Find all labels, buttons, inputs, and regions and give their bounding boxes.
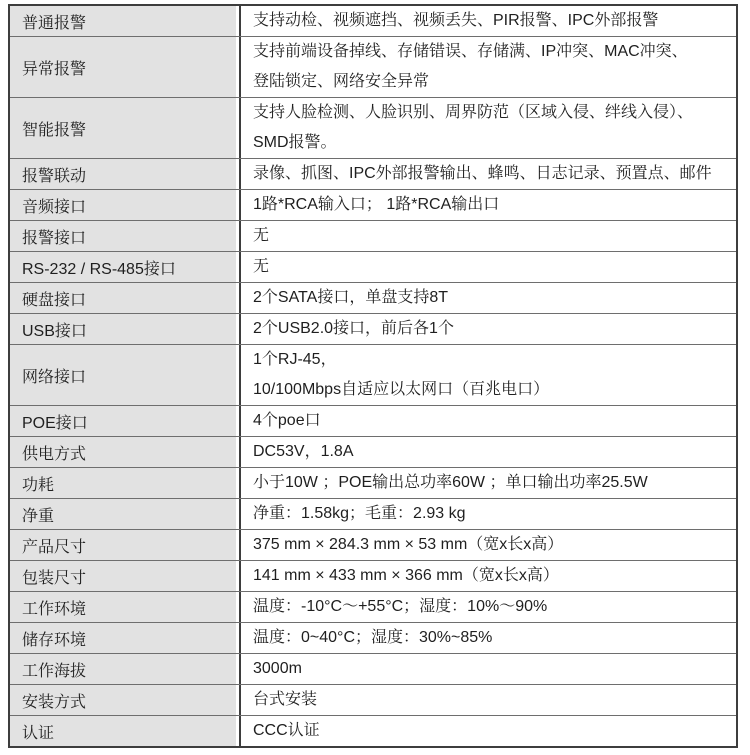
table-row: 异常报警 支持前端设备掉线、存储错误、存储满、IP冲突、MAC冲突、登陆锁定、网… <box>10 36 736 97</box>
spec-value: 支持动检、视频遮挡、视频丢失、PIR报警、IPC外部报警 <box>239 6 736 36</box>
spec-page: 普通报警 支持动检、视频遮挡、视频丢失、PIR报警、IPC外部报警 异常报警 支… <box>0 0 750 755</box>
spec-value-line: 1路*RCA输入口； 1路*RCA输出口 <box>253 190 730 220</box>
spec-value-line: 2个SATA接口，单盘支持8T <box>253 283 730 313</box>
spec-label: 工作海拔 <box>10 654 239 684</box>
table-row: 智能报警 支持人脸检测、人脸识别、周界防范（区域入侵、绊线入侵）、SMD报警。 <box>10 97 736 158</box>
spec-value-line: 温度：0~40°C；湿度：30%~85% <box>253 623 730 653</box>
spec-value: 375 mm × 284.3 mm × 53 mm（宽x长x高） <box>239 530 736 560</box>
spec-value-line: 净重：1.58kg；毛重：2.93 kg <box>253 499 730 529</box>
table-row: 音频接口 1路*RCA输入口； 1路*RCA输出口 <box>10 189 736 220</box>
table-row: 硬盘接口 2个SATA接口，单盘支持8T <box>10 282 736 313</box>
spec-value-line: 1个RJ-45， <box>253 345 730 375</box>
table-row: 净重 净重：1.58kg；毛重：2.93 kg <box>10 498 736 529</box>
spec-label: USB接口 <box>10 314 239 344</box>
spec-value-line: 10/100Mbps自适应以太网口（百兆电口） <box>253 375 730 405</box>
spec-value: 录像、抓图、IPC外部报警输出、蜂鸣、日志记录、预置点、邮件 <box>239 159 736 189</box>
spec-value: 1个RJ-45，10/100Mbps自适应以太网口（百兆电口） <box>239 345 736 405</box>
table-row: 报警联动 录像、抓图、IPC外部报警输出、蜂鸣、日志记录、预置点、邮件 <box>10 158 736 189</box>
spec-label: 网络接口 <box>10 345 239 405</box>
spec-value-line: CCC认证 <box>253 716 730 746</box>
table-row: POE接口 4个poe口 <box>10 405 736 436</box>
spec-value: 净重：1.58kg；毛重：2.93 kg <box>239 499 736 529</box>
table-row: 工作海拔 3000m <box>10 653 736 684</box>
table-row: 储存环境 温度：0~40°C；湿度：30%~85% <box>10 622 736 653</box>
spec-label: 储存环境 <box>10 623 239 653</box>
spec-value-line: 4个poe口 <box>253 406 730 436</box>
table-row: 包装尺寸 141 mm × 433 mm × 366 mm（宽x长x高） <box>10 560 736 591</box>
spec-value-line: 无 <box>253 252 730 282</box>
spec-value: 温度：-10°C～+55°C；湿度：10%～90% <box>239 592 736 622</box>
spec-label: RS-232 / RS-485接口 <box>10 252 239 282</box>
spec-value: 支持前端设备掉线、存储错误、存储满、IP冲突、MAC冲突、登陆锁定、网络安全异常 <box>239 37 736 97</box>
table-row: 供电方式 DC53V，1.8A <box>10 436 736 467</box>
spec-label: 净重 <box>10 499 239 529</box>
spec-label: 音频接口 <box>10 190 239 220</box>
spec-value: 4个poe口 <box>239 406 736 436</box>
spec-value-line: 支持动检、视频遮挡、视频丢失、PIR报警、IPC外部报警 <box>253 6 730 36</box>
table-row: 认证 CCC认证 <box>10 715 736 746</box>
spec-value: CCC认证 <box>239 716 736 746</box>
table-row: 网络接口 1个RJ-45，10/100Mbps自适应以太网口（百兆电口） <box>10 344 736 405</box>
spec-table: 普通报警 支持动检、视频遮挡、视频丢失、PIR报警、IPC外部报警 异常报警 支… <box>8 4 738 748</box>
table-row: 产品尺寸 375 mm × 284.3 mm × 53 mm（宽x长x高） <box>10 529 736 560</box>
spec-value-line: 登陆锁定、网络安全异常 <box>253 67 730 97</box>
spec-value-line: 台式安装 <box>253 685 730 715</box>
spec-label: 认证 <box>10 716 239 746</box>
table-row: USB接口 2个USB2.0接口，前后各1个 <box>10 313 736 344</box>
spec-value-line: 3000m <box>253 654 730 684</box>
spec-value-line: 2个USB2.0接口，前后各1个 <box>253 314 730 344</box>
spec-value: DC53V，1.8A <box>239 437 736 467</box>
spec-value-line: 录像、抓图、IPC外部报警输出、蜂鸣、日志记录、预置点、邮件 <box>253 159 730 189</box>
spec-label: 硬盘接口 <box>10 283 239 313</box>
spec-value: 2个SATA接口，单盘支持8T <box>239 283 736 313</box>
spec-label: 报警联动 <box>10 159 239 189</box>
spec-value-line: 无 <box>253 221 730 251</box>
spec-value: 141 mm × 433 mm × 366 mm（宽x长x高） <box>239 561 736 591</box>
spec-value: 支持人脸检测、人脸识别、周界防范（区域入侵、绊线入侵）、SMD报警。 <box>239 98 736 158</box>
table-row: 安装方式 台式安装 <box>10 684 736 715</box>
spec-label: 产品尺寸 <box>10 530 239 560</box>
table-row: 功耗 小于10W ；POE输出总功率60W ；单口输出功率25.5W <box>10 467 736 498</box>
spec-value: 台式安装 <box>239 685 736 715</box>
spec-label: 工作环境 <box>10 592 239 622</box>
spec-label: 普通报警 <box>10 6 239 36</box>
spec-value: 温度：0~40°C；湿度：30%~85% <box>239 623 736 653</box>
spec-value-line: DC53V，1.8A <box>253 437 730 467</box>
table-row: 报警接口 无 <box>10 220 736 251</box>
table-row: 普通报警 支持动检、视频遮挡、视频丢失、PIR报警、IPC外部报警 <box>10 6 736 36</box>
spec-value: 小于10W ；POE输出总功率60W ；单口输出功率25.5W <box>239 468 736 498</box>
spec-value-line: SMD报警。 <box>253 128 730 158</box>
spec-label: 包装尺寸 <box>10 561 239 591</box>
spec-value: 无 <box>239 252 736 282</box>
table-row: 工作环境 温度：-10°C～+55°C；湿度：10%～90% <box>10 591 736 622</box>
spec-label: 智能报警 <box>10 98 239 158</box>
spec-label: 安装方式 <box>10 685 239 715</box>
spec-label: 供电方式 <box>10 437 239 467</box>
spec-label: 报警接口 <box>10 221 239 251</box>
spec-value: 3000m <box>239 654 736 684</box>
spec-value-line: 温度：-10°C～+55°C；湿度：10%～90% <box>253 592 730 622</box>
spec-value-line: 375 mm × 284.3 mm × 53 mm（宽x长x高） <box>253 530 730 560</box>
spec-value: 无 <box>239 221 736 251</box>
spec-value-line: 小于10W ；POE输出总功率60W ；单口输出功率25.5W <box>253 468 730 498</box>
spec-value: 2个USB2.0接口，前后各1个 <box>239 314 736 344</box>
spec-value-line: 支持人脸检测、人脸识别、周界防范（区域入侵、绊线入侵）、 <box>253 98 730 128</box>
spec-value: 1路*RCA输入口； 1路*RCA输出口 <box>239 190 736 220</box>
table-row: RS-232 / RS-485接口 无 <box>10 251 736 282</box>
spec-value-line: 支持前端设备掉线、存储错误、存储满、IP冲突、MAC冲突、 <box>253 37 730 67</box>
spec-label: 功耗 <box>10 468 239 498</box>
spec-label: 异常报警 <box>10 37 239 97</box>
spec-value-line: 141 mm × 433 mm × 366 mm（宽x长x高） <box>253 561 730 591</box>
spec-label: POE接口 <box>10 406 239 436</box>
